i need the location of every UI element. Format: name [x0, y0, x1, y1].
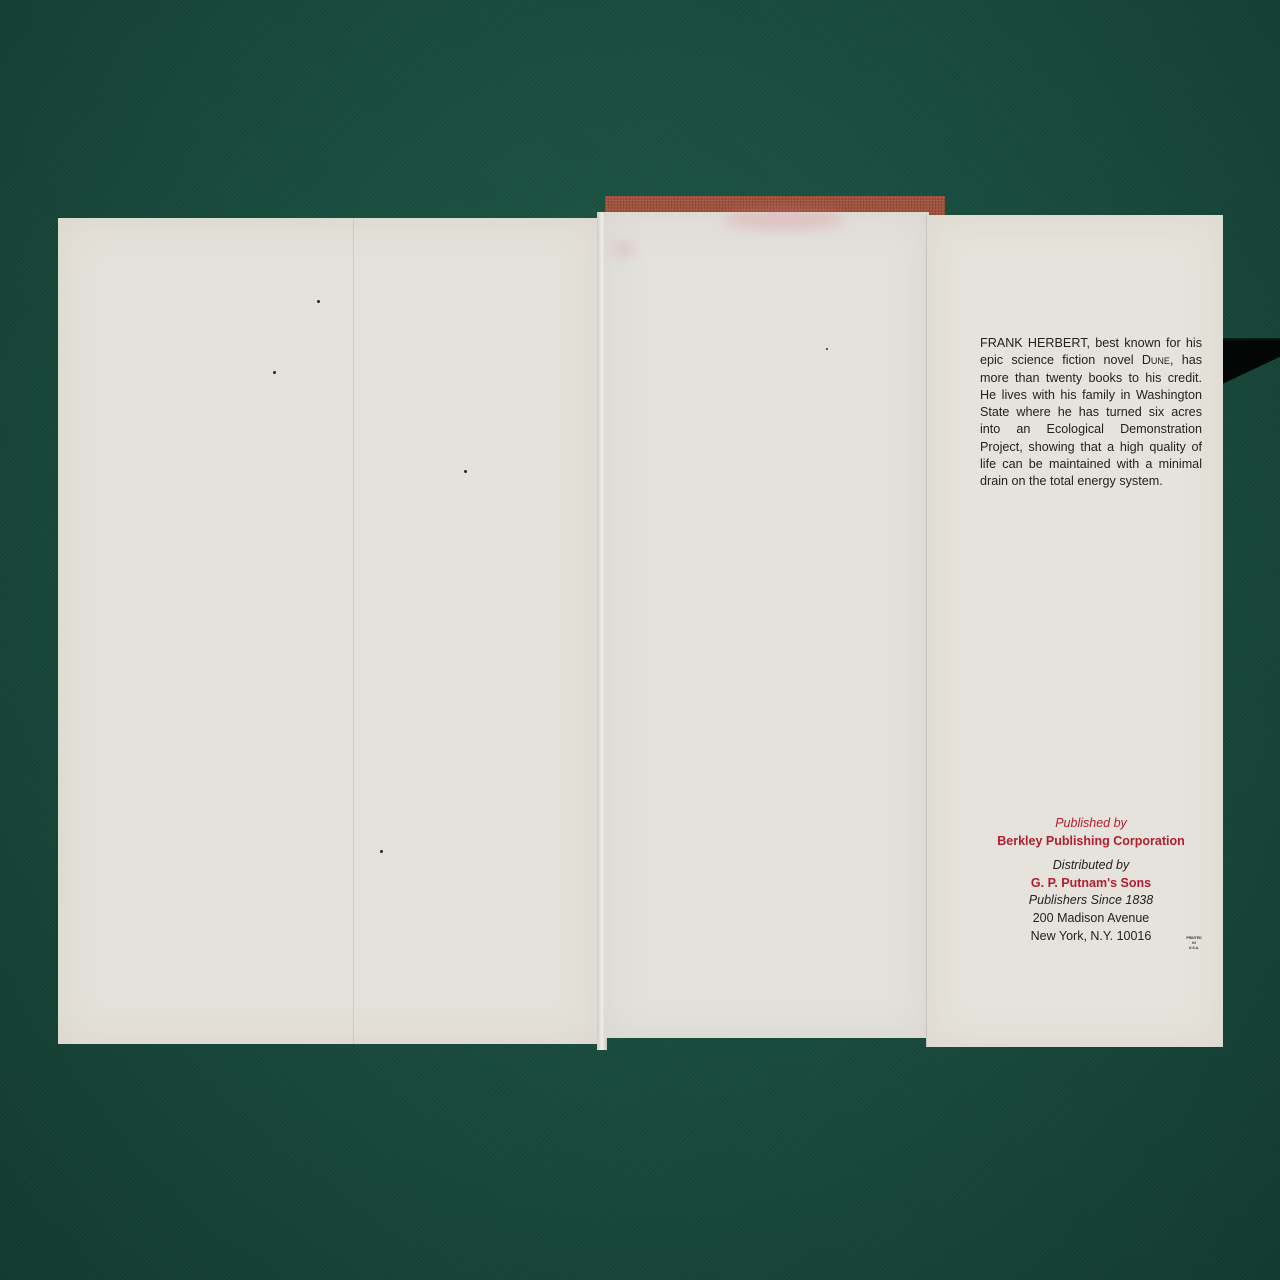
distributor-name: G. P. Putnam's Sons	[970, 875, 1212, 893]
endpaper-page	[604, 212, 929, 1038]
distributed-by-label: Distributed by	[970, 857, 1212, 875]
printed-mark-line: U.S.A.	[1182, 946, 1206, 951]
fold-line	[353, 218, 354, 1044]
paper-speck	[380, 850, 383, 853]
paper-stain	[724, 208, 844, 230]
address-line-2: New York, N.Y. 10016	[970, 928, 1212, 946]
publisher-name: Berkley Publishing Corporation	[970, 833, 1212, 851]
bio-book-title: Dune	[1142, 353, 1170, 367]
published-by-label: Published by	[970, 815, 1212, 833]
left-page-inside-cover	[58, 218, 600, 1044]
paper-speck	[273, 371, 276, 374]
publisher-block: Published by Berkley Publishing Corporat…	[970, 815, 1212, 945]
printed-in-usa-mark: PRINTED IN U.S.A.	[1182, 936, 1206, 951]
paper-stain	[614, 242, 634, 256]
publishers-since: Publishers Since 1838	[970, 892, 1212, 910]
bio-rest: , has more than twenty books to his cred…	[980, 353, 1202, 488]
author-bio: FRANK HERBERT, best known for his epic s…	[980, 335, 1202, 491]
address-line-1: 200 Madison Avenue	[970, 910, 1212, 928]
paper-speck	[464, 470, 467, 473]
paper-speck	[826, 348, 828, 350]
paper-speck	[317, 300, 320, 303]
